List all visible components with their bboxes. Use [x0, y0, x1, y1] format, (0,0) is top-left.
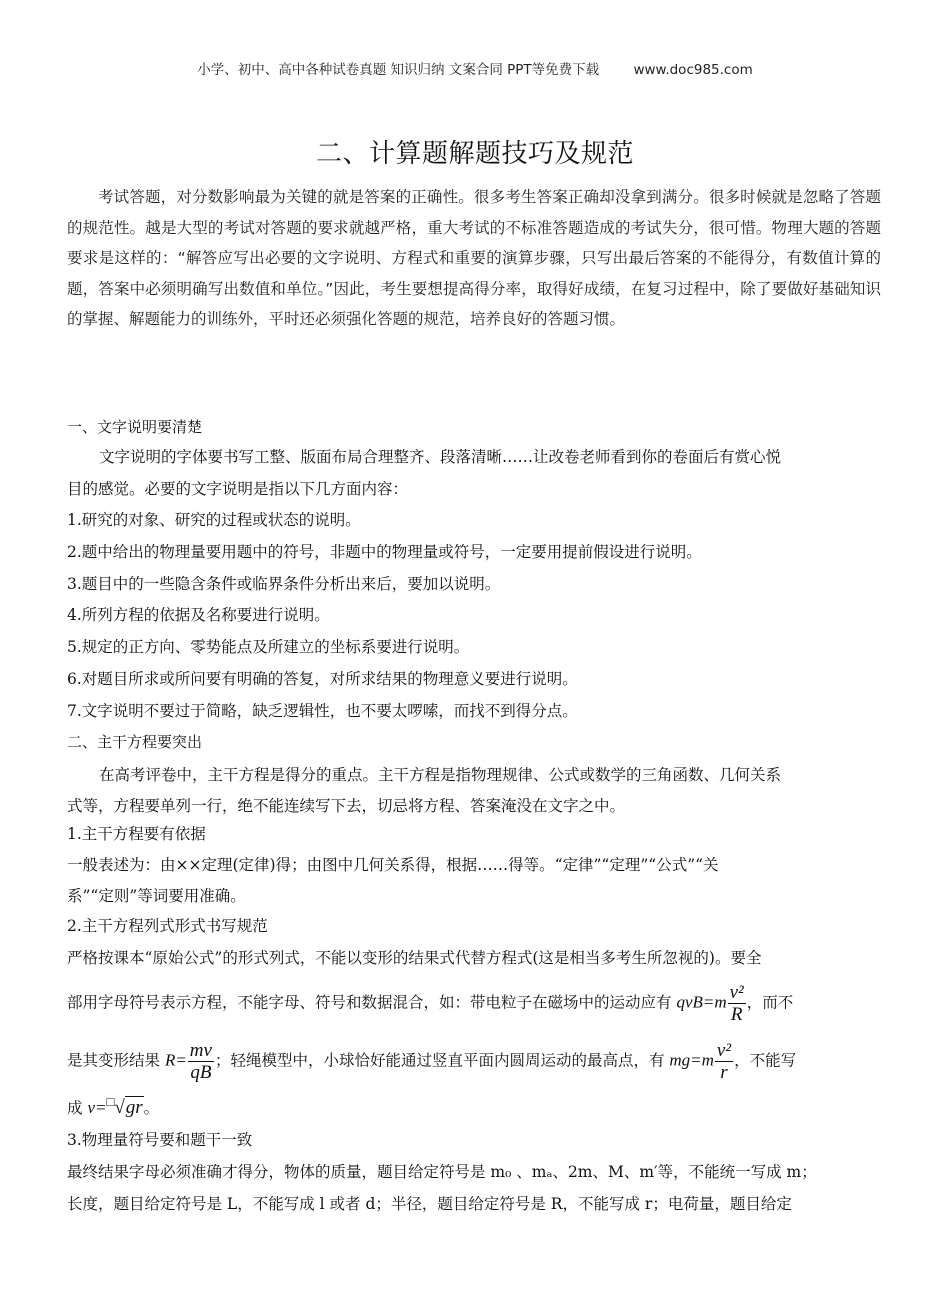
subsection3-line2: 长度，题目给定符号是 L，不能写成 l 或者 d；半径，题目给定符号是 R，不能…: [67, 1192, 792, 1214]
nth-root: □√gr: [106, 1097, 143, 1118]
section2-paragraph-line1: 在高考评卷中，主干方程是得分的重点。主干方程是指物理规律、公式或数学的三角函数、…: [67, 763, 781, 785]
subsection2-line1: 严格按课本“原始公式”的形式列式，不能以变形的结果式代替方程式(这是相当多考生所…: [67, 946, 761, 968]
list-item: 4.所列方程的依据及名称要进行说明。: [67, 603, 330, 625]
formula-lhs: R=: [165, 1051, 187, 1070]
list-item: 6.对题目所求或所问要有明确的答复，对所求结果的物理意义要进行说明。: [67, 667, 578, 689]
subsection2-line2: 部用字母符号表示方程，不能字母、符号和数据混合，如：带电粒子在磁场中的运动应有 …: [67, 982, 793, 1025]
list-item: 2.题中给出的物理量要用题中的符号，非题中的物理量或符号，一定要用提前假设进行说…: [67, 540, 702, 562]
subsection2-heading: 2.主干方程列式形式书写规范: [67, 914, 268, 936]
fraction: mvqB: [188, 1040, 214, 1083]
section2-heading: 二、主干方程要突出: [67, 731, 202, 752]
root-index-placeholder: □: [106, 1094, 114, 1109]
radical-sign-icon: √: [114, 1097, 124, 1118]
header-text: 小学、初中、高中各种试卷真题 知识归纳 文案合同 PPT等免费下载: [197, 62, 599, 78]
page-title: 二、计算题解题技巧及规范: [0, 133, 950, 170]
intro-paragraph: 考试答题，对分数影响最为关键的就是答案的正确性。很多考生答案正确却没拿到满分。很…: [67, 182, 881, 335]
subsection1-line1: 一般表述为：由××定理(定律)得；由图中几何关系得，根据……得等。“定律”“定理…: [67, 853, 719, 875]
section1-paragraph-line1: 文字说明的字体要书写工整、版面布局合理整齐、段落清晰……让改卷老师看到你的卷面后…: [67, 445, 781, 467]
formula-lhs: qvB=m: [676, 993, 726, 1012]
page-header: 小学、初中、高中各种试卷真题 知识归纳 文案合同 PPT等免费下载 www.do…: [0, 58, 950, 78]
subsection3-heading: 3.物理量符号要和题干一致: [67, 1128, 252, 1150]
section1-heading: 一、文字说明要清楚: [67, 416, 202, 437]
fraction: v²R: [728, 982, 746, 1025]
list-item: 5.规定的正方向、零势能点及所建立的坐标系要进行说明。: [67, 635, 469, 657]
list-item: 1.研究的对象、研究的过程或状态的说明。: [67, 508, 361, 530]
subsection1-heading: 1.主干方程要有依据: [67, 822, 206, 844]
subsection1-line2: 系”“定则”等词要用准确。: [67, 884, 246, 906]
subsection3-line1: 最终结果字母必须准确才得分，物体的质量，题目给定符号是 m₀ 、mₐ、2m、M、…: [67, 1160, 817, 1182]
subsection2-line4: 成 v=□√gr。: [67, 1096, 159, 1119]
section2-paragraph-line2: 式等，方程要单列一行，绝不能连续写下去，切忌将方程、答案淹没在文字之中。: [67, 794, 625, 816]
list-item: 7.文字说明不要过于简略，缺乏逻辑性，也不要太啰嗦，而找不到得分点。: [67, 699, 578, 721]
fraction: v²r: [715, 1040, 733, 1083]
subsection2-line3: 是其变形结果 R=mvqB；轻绳模型中，小球恰好能通过竖直平面内圆周运动的最高点…: [67, 1040, 796, 1083]
section1-paragraph-line2: 目的感觉。必要的文字说明是指以下几方面内容：: [67, 477, 408, 499]
list-item: 3.题目中的一些隐含条件或临界条件分析出来后，要加以说明。: [67, 572, 500, 594]
formula-lhs: mg=m: [669, 1051, 714, 1070]
header-url[interactable]: www.doc985.com: [633, 62, 752, 78]
